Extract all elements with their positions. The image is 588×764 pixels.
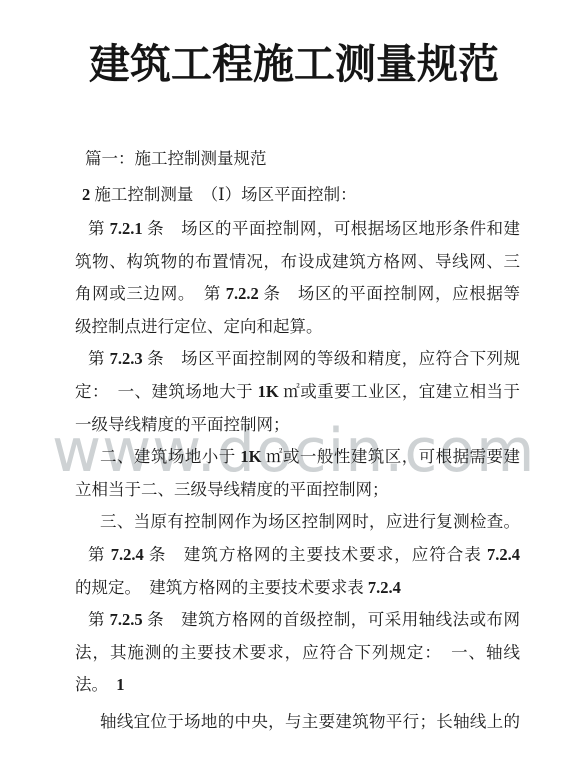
text-run: 条 建筑方格网的首级控制，可采用轴线法或布网: [143, 610, 520, 629]
body-line: 第 7.2.3 条 场区平面控制网的等级和精度，应符合下列规: [75, 343, 520, 376]
text-run: 一级导线精度的平面控制网；: [75, 415, 290, 434]
bold-text: 7.2.4: [487, 545, 520, 564]
document-title: 建筑工程施工测量规范: [0, 36, 588, 92]
bold-text: 1K: [258, 382, 279, 401]
body-line: 级控制点进行定位、定向和起算。: [75, 311, 520, 344]
body-line: 一级导线精度的平面控制网；: [75, 409, 520, 442]
bold-text: 7.2.4: [368, 578, 401, 597]
text-run: 篇一：施工控制测量规范: [85, 149, 267, 168]
bold-text: 7.2.1: [110, 219, 143, 238]
body-line: 筑物、构筑物的布置情况，布设成建筑方格网、导线网、三: [75, 246, 520, 279]
text-run: ㎡或重要工业区，宜建立相当于: [279, 382, 520, 401]
body-line: 三、当原有控制网作为场区控制网时，应进行复测检查。: [75, 506, 520, 539]
text-run: 条 场区的平面控制网，可根据场区地形条件和建: [143, 219, 520, 238]
body-line: 角网或三边网。 第 7.2.2 条 场区的平面控制网，应根据等: [75, 278, 520, 311]
text-run: 角网或三边网。 第: [75, 284, 226, 303]
bold-text: 2: [82, 185, 90, 204]
body-line: 二、建筑场地小于 1K ㎡或一般性建筑区，可根据需要建: [75, 441, 520, 474]
body-line: 立相当于二、三级导线精度的平面控制网；: [75, 474, 520, 507]
body-line: 的规定。 建筑方格网的主要技术要求表 7.2.4: [75, 572, 520, 605]
text-run: 第: [88, 545, 111, 564]
text-run: 条 建筑方格网的主要技术要求，应符合表: [144, 545, 487, 564]
body-line: 第 7.2.1 条 场区的平面控制网，可根据场区地形条件和建: [75, 213, 520, 246]
text-run: 施工控制测量 （Ⅰ）场区平面控制：: [90, 185, 356, 204]
text-run: 二、建筑场地小于: [100, 447, 240, 466]
body-line: 第 7.2.5 条 建筑方格网的首级控制，可采用轴线法或布网: [75, 604, 520, 637]
bold-text: 7.2.5: [110, 610, 143, 629]
text-run: 法，其施测的主要技术要求，应符合下列规定： 一、轴线: [75, 643, 520, 662]
body-line: 定： 一、建筑场地大于 1K ㎡或重要工业区，宜建立相当于: [75, 376, 520, 409]
bold-text: 7.2.3: [110, 349, 143, 368]
body-line: 轴线宜位于场地的中央，与主要建筑物平行；长轴线上的: [75, 706, 520, 739]
text-run: 第: [88, 610, 110, 629]
text-run: 条 场区的平面控制网，应根据等: [259, 284, 520, 303]
section-heading: 2 施工控制测量 （Ⅰ）场区平面控制：: [75, 177, 520, 213]
text-run: 第: [88, 349, 110, 368]
document-page: www.docin.com 建筑工程施工测量规范 篇一：施工控制测量规范2 施工…: [0, 0, 588, 764]
part-heading: 篇一：施工控制测量规范: [75, 141, 520, 177]
text-run: 的规定。 建筑方格网的主要技术要求表: [75, 578, 368, 597]
bold-text: 7.2.4: [111, 545, 144, 564]
text-run: 第: [88, 219, 110, 238]
text-run: 法。: [75, 675, 116, 694]
text-run: 轴线宜位于场地的中央，与主要建筑物平行；长轴线上的: [100, 712, 520, 731]
bold-text: 7.2.2: [226, 284, 259, 303]
body-line: 法，其施测的主要技术要求，应符合下列规定： 一、轴线: [75, 637, 520, 670]
bold-text: 1: [116, 675, 124, 694]
bold-text: 1K: [240, 447, 261, 466]
text-run: ㎡或一般性建筑区，可根据需要建: [261, 447, 520, 466]
text-run: 级控制点进行定位、定向和起算。: [75, 317, 323, 336]
text-run: 立相当于二、三级导线精度的平面控制网；: [75, 480, 389, 499]
body-line: 法。 1: [75, 669, 520, 702]
body-line: 第 7.2.4 条 建筑方格网的主要技术要求，应符合表 7.2.4: [75, 539, 520, 572]
document-body: 篇一：施工控制测量规范2 施工控制测量 （Ⅰ）场区平面控制：第 7.2.1 条 …: [75, 141, 520, 739]
text-run: 三、当原有控制网作为场区控制网时，应进行复测检查。: [100, 512, 520, 531]
text-run: 筑物、构筑物的布置情况，布设成建筑方格网、导线网、三: [75, 252, 520, 271]
text-run: 定： 一、建筑场地大于: [75, 382, 258, 401]
text-run: 条 场区平面控制网的等级和精度，应符合下列规: [143, 349, 520, 368]
